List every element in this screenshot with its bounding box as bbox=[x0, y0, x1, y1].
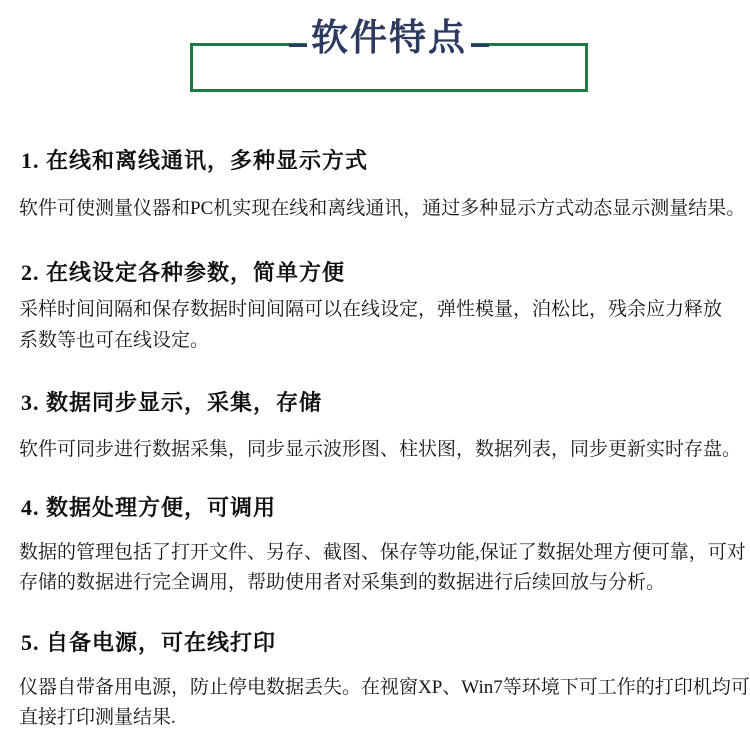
section-5-heading: 5. 自备电源，可在线打印 bbox=[21, 630, 276, 656]
title-dash-right bbox=[471, 44, 489, 47]
section-4-body-line: 数据的管理包括了打开文件、另存、截图、保存等功能,保证了数据处理方便可靠，可对 bbox=[19, 542, 746, 564]
document-page: 软件特点 1. 在线和离线通讯，多种显示方式 软件可使测量仪器和PC机实现在线和… bbox=[0, 0, 750, 750]
section-5-body-line: 直接打印测量结果. bbox=[19, 707, 176, 729]
title-banner: 软件特点 bbox=[190, 18, 588, 60]
section-2-body-line: 系数等也可在线设定。 bbox=[19, 330, 209, 352]
section-1-heading: 1. 在线和离线通讯，多种显示方式 bbox=[21, 148, 368, 174]
section-4-heading: 4. 数据处理方便，可调用 bbox=[21, 495, 276, 521]
page-title: 软件特点 bbox=[307, 18, 471, 60]
title-dash-left bbox=[289, 44, 307, 47]
section-2-heading: 2. 在线设定各种参数，简单方便 bbox=[21, 260, 345, 286]
section-1-body-line: 软件可使测量仪器和PC机实现在线和离线通讯，通过多种显示方式动态显示测量结果。 bbox=[19, 198, 745, 220]
section-2-body-line: 采样时间间隔和保存数据时间间隔可以在线设定，弹性模量，泊松比，残余应力释放 bbox=[19, 299, 722, 321]
section-3-heading: 3. 数据同步显示，采集，存储 bbox=[21, 390, 322, 416]
section-5-body-line: 仪器自带备用电源，防止停电数据丢失。在视窗XP、Win7等环境下可工作的打印机均… bbox=[19, 677, 750, 699]
section-4-body-line: 存储的数据进行完全调用，帮助使用者对采集到的数据进行后续回放与分析。 bbox=[19, 572, 665, 594]
section-3-body-line: 软件可同步进行数据采集，同步显示波形图、柱状图，数据列表，同步更新实时存盘。 bbox=[19, 439, 741, 461]
